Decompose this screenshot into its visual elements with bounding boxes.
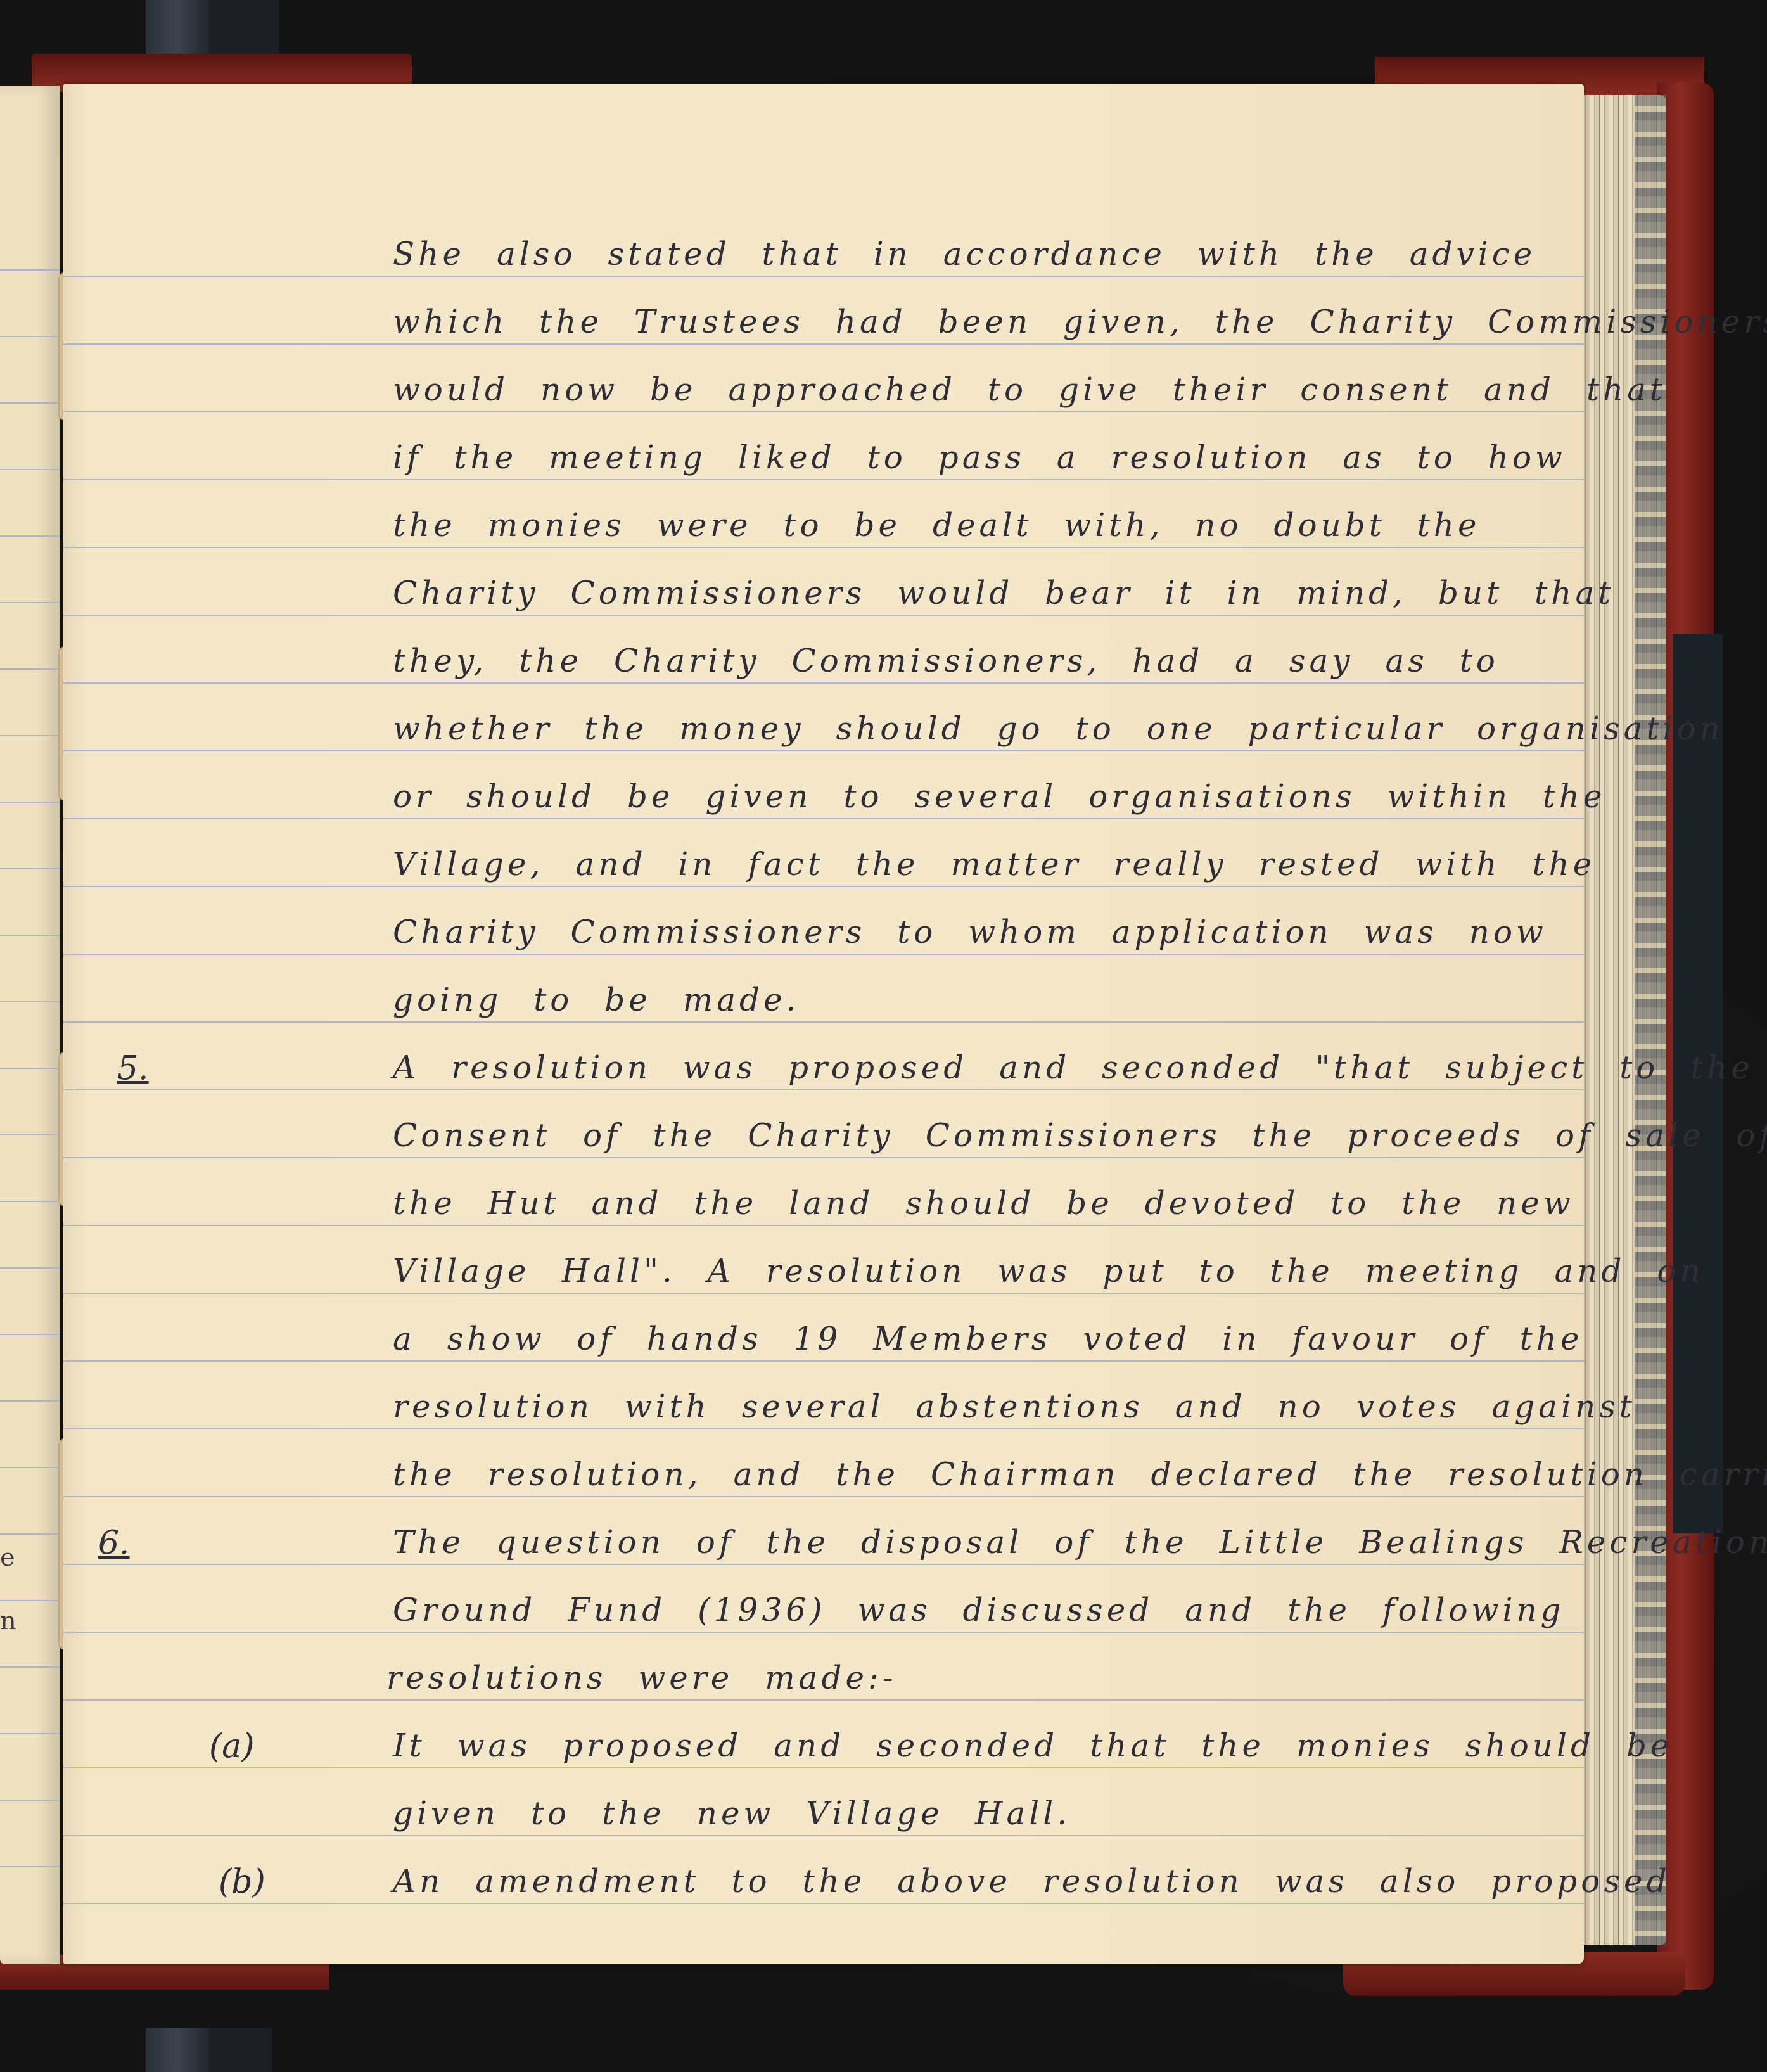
- text-line: Village, and in fact the matter really r…: [393, 846, 1559, 883]
- bookmark-ribbon: [146, 2028, 209, 2072]
- text-line: resolutions were made:-: [386, 1660, 1559, 1696]
- text-line: Village Hall". A resolution was put to t…: [393, 1253, 1559, 1289]
- text-line: A resolution was proposed and seconded "…: [393, 1049, 1559, 1086]
- text-line: which the Trustees had been given, the C…: [393, 304, 1559, 340]
- text-line: they, the Charity Commissioners, had a s…: [393, 643, 1559, 679]
- left-facing-page: e n: [0, 86, 60, 1964]
- text-line: would now be approached to give their co…: [393, 371, 1559, 408]
- item-number: 6.: [98, 1524, 130, 1562]
- left-page-text-fragment: n: [0, 1606, 16, 1635]
- text-line: if the meeting liked to pass a resolutio…: [393, 439, 1559, 476]
- sub-item-label: (a): [209, 1727, 255, 1765]
- text-line: Ground Fund (1936) was discussed and the…: [393, 1592, 1559, 1628]
- text-line: It was proposed and seconded that the mo…: [393, 1727, 1559, 1764]
- text-line: a show of hands 19 Members voted in favo…: [393, 1321, 1559, 1357]
- text-line: or should be given to several organisati…: [393, 778, 1559, 815]
- text-line: given to the new Village Hall.: [393, 1795, 1559, 1832]
- text-line: Charity Commissioners to whom applicatio…: [393, 914, 1559, 950]
- text-line: An amendment to the above resolution was…: [393, 1863, 1559, 1900]
- text-line: the resolution, and the Chairman declare…: [393, 1456, 1559, 1493]
- text-line: Consent of the Charity Commissioners the…: [393, 1117, 1559, 1154]
- notebook-page: She also stated that in accordance with …: [63, 84, 1584, 1964]
- text-line: The question of the disposal of the Litt…: [393, 1524, 1559, 1561]
- text-line: going to be made.: [393, 982, 1559, 1018]
- sub-item-label: (b): [219, 1863, 265, 1901]
- text-line: whether the money should go to one parti…: [393, 710, 1559, 747]
- text-line: Charity Commissioners would bear it in m…: [393, 575, 1559, 611]
- left-page-text-fragment: e: [0, 1543, 15, 1572]
- text-line: She also stated that in accordance with …: [393, 236, 1559, 272]
- text-line: the monies were to be dealt with, no dou…: [393, 507, 1559, 544]
- item-number: 5.: [117, 1049, 149, 1087]
- bookmark-ribbon: [209, 2028, 272, 2072]
- text-line: resolution with several abstentions and …: [393, 1388, 1559, 1425]
- text-line: the Hut and the land should be devoted t…: [393, 1185, 1559, 1222]
